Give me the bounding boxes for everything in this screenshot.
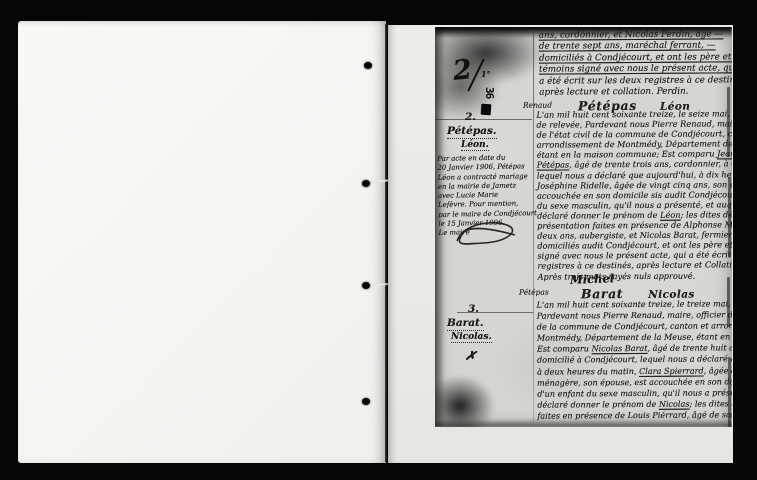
handwritten-line: a été écrit sur les deux registres à ce …: [539, 75, 731, 88]
binder-hole: [364, 62, 372, 69]
binder-hole: [362, 398, 370, 405]
margin-rule: [533, 29, 534, 423]
act-2-surname: Pétépas.: [447, 125, 497, 139]
register-scan: 2 1° 36 2. Pétépas. Léon. Par acte en da…: [0, 0, 757, 480]
act-3-number: 3.: [468, 303, 479, 315]
act-2-number: 2.: [465, 111, 476, 123]
mayor-signature-flourish: [449, 217, 527, 251]
photostat-register-page: 2 1° 36 2. Pétépas. Léon. Par acte en da…: [435, 27, 732, 427]
margin-number-mark: 1°: [481, 69, 491, 79]
margin-cross-mark: ✗: [464, 348, 477, 364]
page-number-stamp: 36: [476, 87, 496, 101]
act-2-firstname: Léon.: [461, 140, 489, 151]
act-1-continuation-text: ans, cordonnier, et Nicolas Perdin, âgé …: [539, 29, 731, 99]
handwritten-line: faites en présence de Louis Piérrard, âg…: [537, 409, 731, 421]
act-3-surname: Barat.: [447, 317, 484, 331]
binder-hole: [362, 180, 370, 187]
scan-smudge-bottom-left: [435, 375, 495, 427]
signature-renaud: Renaud: [523, 101, 552, 110]
handwritten-line: Après trois mots rayés nuls approuvé.: [538, 270, 732, 281]
signature-petepas: Pétépas: [519, 288, 549, 297]
left-page-blank: [18, 21, 386, 463]
binder-hole: [362, 282, 370, 289]
right-page: 2 1° 36 2. Pétépas. Léon. Par acte en da…: [388, 25, 733, 463]
act-3-firstname: Nicolas.: [451, 332, 492, 343]
handwritten-line: à deux heures du matin, Clara Spierrard,…: [537, 365, 731, 377]
margin-separator-line: [435, 119, 532, 120]
act-3-birth-record-text: L'an mil huit cent soixante treize, le t…: [537, 298, 732, 421]
stamp-bar: [481, 104, 492, 116]
handwritten-line: témoins signé avec nous le présent acte,…: [539, 64, 731, 77]
handwritten-line: registres à ce destinés, après lecture e…: [537, 260, 731, 271]
gutter-fold-line: [385, 24, 387, 462]
act-2-birth-record-text: L'an mil huit cent soixante treize, le s…: [536, 108, 731, 281]
